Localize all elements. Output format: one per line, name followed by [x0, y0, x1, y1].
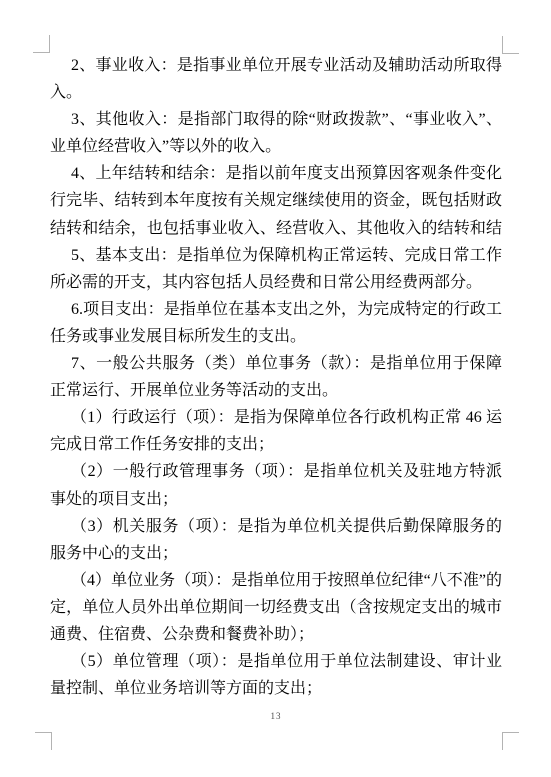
text-line: （2）一般行政管理事务（项）：是指单位机关及驻地方特派员办: [50, 458, 502, 485]
text-line: 通费、住宿费、公杂费和餐费补助）；: [50, 621, 502, 648]
text-line: 业单位经营收入”等以外的收入。: [50, 133, 502, 160]
text-boundary-mark-top-right: [502, 36, 519, 54]
text-line: （3）机关服务（项）：是指为单位机关提供后勤保障服务的机关: [50, 513, 502, 540]
text-line: 2、事业收入：是指事业单位开展专业活动及辅助活动所取得的收: [50, 52, 502, 79]
text-line: （1）行政运行（项）：是指为保障单位各行政机构正常 46 运转、: [50, 404, 502, 431]
text-line: 5、基本支出：是指单位为保障机构正常运转、完成日常工作任务: [50, 242, 502, 269]
text-line: 3、其他收入：是指部门取得的除“财政拨款”、“事业收入”、 “事: [50, 106, 502, 133]
document-body-text: 2、事业收入：是指事业单位开展专业活动及辅助活动所取得的收 入。 3、其他收入：…: [50, 52, 502, 702]
text-line: 量控制、单位业务培训等方面的支出；: [50, 675, 502, 702]
text-line: 完成日常工作任务安排的支出；: [50, 431, 502, 458]
text-line: 事处的项目支出；: [50, 486, 502, 513]
text-line: 所必需的开支，其内容包括人员经费和日常公用经费两部分。: [50, 269, 502, 296]
text-line: 结转和结余，也包括事业收入、经营收入、其他收入的结转和结余。: [50, 215, 502, 242]
text-line: 正常运行、开展单位业务等活动的支出。: [50, 377, 502, 404]
text-line: 6.项目支出：是指单位在基本支出之外，为完成特定的行政工作: [50, 296, 502, 323]
text-line: 入。: [50, 79, 502, 106]
text-line: 服务中心的支出；: [50, 540, 502, 567]
text-line: 任务或事业发展目标所发生的支出。: [50, 323, 502, 350]
text-line: 定，单位人员外出单位期间一切经费支出（含按规定支出的城市间交: [50, 594, 502, 621]
text-line: 行完毕、结转到本年度按有关规定继续使用的资金，既包括财政拨款: [50, 187, 502, 214]
document-page: 2、事业收入：是指事业单位开展专业活动及辅助活动所取得的收 入。 3、其他收入：…: [0, 0, 551, 777]
text-line: （5）单位管理（项）：是指单位用于单位法制建设、审计业务质: [50, 648, 502, 675]
text-boundary-mark-bottom-left: [35, 732, 52, 750]
text-line: （4）单位业务（项）：是指单位用于按照单位纪律“八不准”的规: [50, 567, 502, 594]
text-line: 7、一般公共服务（类）单位事务（款）：是指单位用于保障机构: [50, 350, 502, 377]
text-boundary-mark-bottom-right: [502, 732, 519, 750]
page-number: 13: [50, 711, 502, 721]
text-boundary-mark-top-left: [33, 35, 50, 53]
text-line: 4、上年结转和结余：是指以前年度支出预算因客观条件变化未执: [50, 160, 502, 187]
